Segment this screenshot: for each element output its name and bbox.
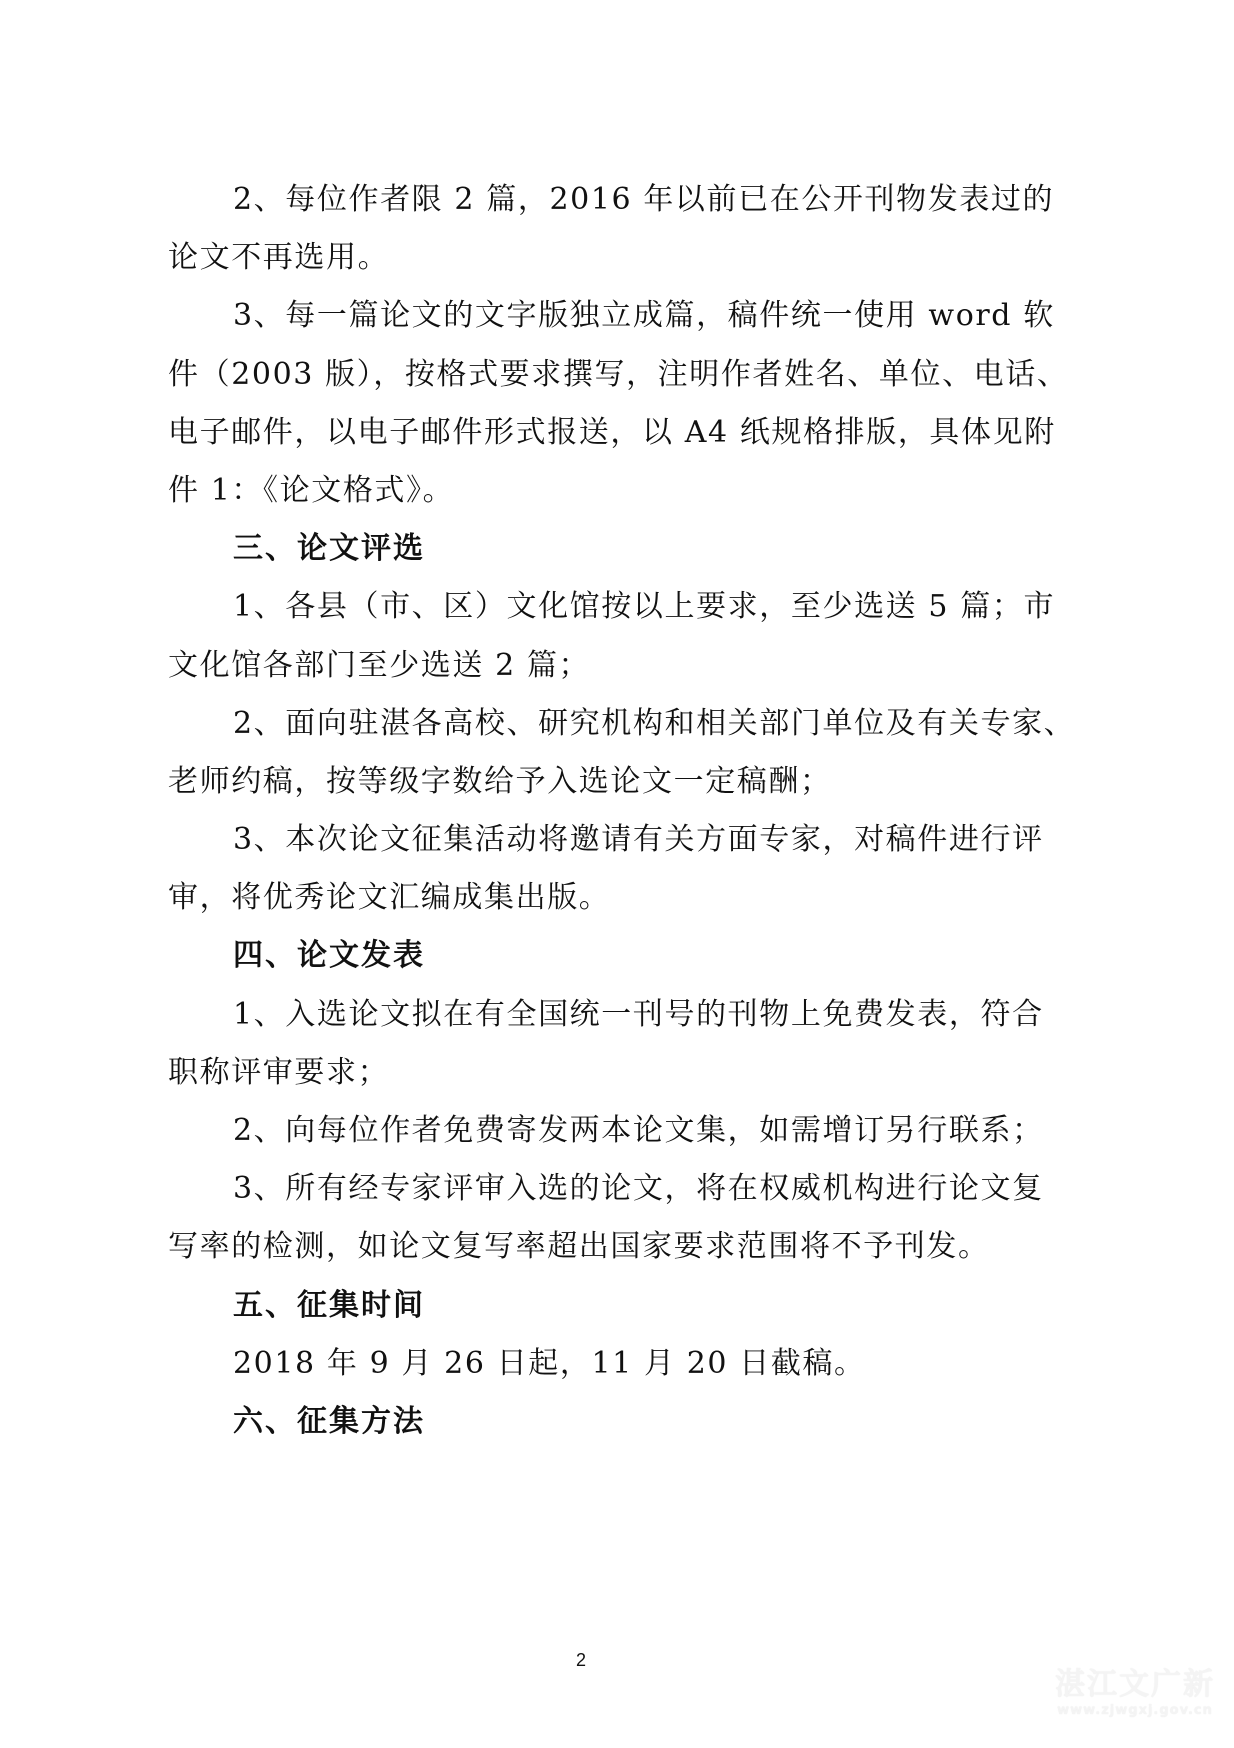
watermark-url: www.zjwgxj.gov.cn bbox=[1040, 1702, 1230, 1720]
paragraph-line: 3、所有经专家评审入选的论文，将在权威机构进行论文复 bbox=[168, 1167, 1068, 1225]
paragraph-line: 1、入选论文拟在有全国统一刊号的刊物上免费发表，符合 bbox=[168, 993, 1068, 1051]
watermark-title: 湛江文广新 bbox=[1040, 1668, 1230, 1702]
section-heading-evaluation: 三、论文评选 bbox=[168, 527, 1068, 585]
paragraph-line: 3、本次论文征集活动将邀请有关方面专家，对稿件进行评 bbox=[168, 818, 1068, 876]
paragraph-line: 件 1：《论文格式》。 bbox=[168, 469, 1068, 527]
paragraph-line: 职称评审要求； bbox=[168, 1051, 1068, 1109]
paragraph-line: 2、向每位作者免费寄发两本论文集，如需增订另行联系； bbox=[168, 1109, 1068, 1167]
paragraph-line: 文化馆各部门至少选送 2 篇； bbox=[168, 644, 1068, 702]
paragraph-line: 2018 年 9 月 26 日起，11 月 20 日截稿。 bbox=[168, 1342, 1068, 1400]
paragraph-line: 老师约稿，按等级字数给予入选论文一定稿酬； bbox=[168, 760, 1068, 818]
paragraph-line: 审，将优秀论文汇编成集出版。 bbox=[168, 876, 1068, 934]
paragraph-line: 2、每位作者限 2 篇，2016 年以前已在公开刊物发表过的 bbox=[168, 178, 1068, 236]
document-page: 2、每位作者限 2 篇，2016 年以前已在公开刊物发表过的 论文不再选用。 3… bbox=[0, 0, 1234, 1748]
section-heading-collection-time: 五、征集时间 bbox=[168, 1284, 1068, 1342]
paragraph-line: 件（2003 版），按格式要求撰写，注明作者姓名、单位、电话、 bbox=[168, 353, 1068, 411]
paragraph-line: 1、各县（市、区）文化馆按以上要求，至少选送 5 篇；市 bbox=[168, 585, 1068, 643]
watermark: 湛江文广新 www.zjwgxj.gov.cn bbox=[1040, 1668, 1230, 1720]
document-body: 2、每位作者限 2 篇，2016 年以前已在公开刊物发表过的 论文不再选用。 3… bbox=[168, 178, 1068, 1458]
paragraph-line: 3、每一篇论文的文字版独立成篇，稿件统一使用 word 软 bbox=[168, 294, 1068, 352]
page-number: 2 bbox=[576, 1650, 586, 1671]
paragraph-line: 论文不再选用。 bbox=[168, 236, 1068, 294]
paragraph-line: 电子邮件，以电子邮件形式报送，以 A4 纸规格排版，具体见附 bbox=[168, 411, 1068, 469]
section-heading-publication: 四、论文发表 bbox=[168, 934, 1068, 992]
paragraph-line: 2、面向驻湛各高校、研究机构和相关部门单位及有关专家、 bbox=[168, 702, 1068, 760]
section-heading-collection-method: 六、征集方法 bbox=[168, 1400, 1068, 1458]
paragraph-line: 写率的检测，如论文复写率超出国家要求范围将不予刊发。 bbox=[168, 1225, 1068, 1283]
